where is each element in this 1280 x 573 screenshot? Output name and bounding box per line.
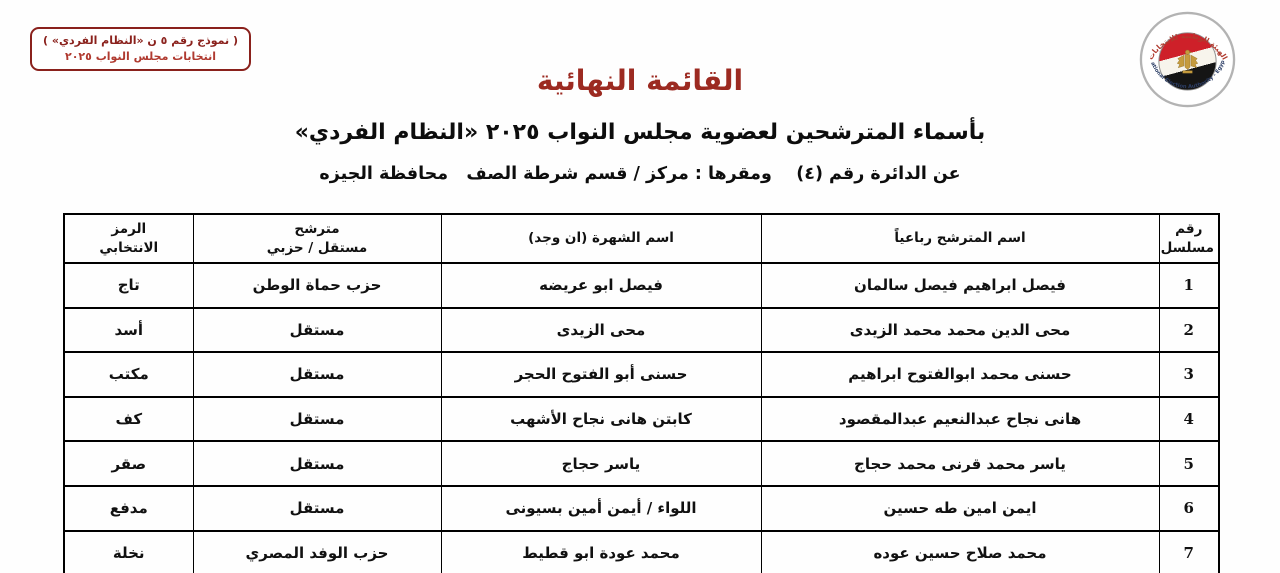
cell-serial: 6 bbox=[1159, 486, 1219, 531]
table-row: 2 محى الدين محمد محمد الزيدى محى الزيدى … bbox=[64, 308, 1219, 353]
table-row: 6 ايمن امين طه حسين اللواء / أيمن أمين ب… bbox=[64, 486, 1219, 531]
col-header-fame-name: اسم الشهرة (ان وجد) bbox=[441, 214, 761, 263]
cell-fame-name: اللواء / أيمن أمين بسيونى bbox=[441, 486, 761, 531]
cell-fame-name: محى الزيدى bbox=[441, 308, 761, 353]
cell-party: حزب حماة الوطن bbox=[193, 263, 441, 308]
cell-serial: 4 bbox=[1159, 397, 1219, 442]
final-candidate-list-document: ( نموذج رقم ٥ ن «النظام الفردي» ) انتخاب… bbox=[0, 0, 1280, 573]
table-header-row: رقم مسلسل اسم المترشح رباعياً اسم الشهرة… bbox=[64, 214, 1219, 263]
cell-symbol: تاج bbox=[64, 263, 193, 308]
cell-symbol: مدفع bbox=[64, 486, 193, 531]
cell-serial: 5 bbox=[1159, 441, 1219, 486]
col-header-party-line1: مترشح bbox=[198, 220, 437, 239]
candidates-table: رقم مسلسل اسم المترشح رباعياً اسم الشهرة… bbox=[63, 213, 1220, 573]
col-header-serial-line2: مسلسل bbox=[1164, 239, 1215, 258]
cell-party: مستقل bbox=[193, 397, 441, 442]
cell-party: مستقل bbox=[193, 308, 441, 353]
cell-full-name: محمد صلاح حسين عوده bbox=[761, 531, 1159, 573]
cell-full-name: هانى نجاح عبدالنعيم عبدالمقصود bbox=[761, 397, 1159, 442]
cell-full-name: حسنى محمد ابوالفتوح ابراهيم bbox=[761, 352, 1159, 397]
cell-serial: 7 bbox=[1159, 531, 1219, 573]
election-name-line: انتخابات مجلس النواب ٢٠٢٥ bbox=[43, 50, 238, 63]
table-row: 1 فيصل ابراهيم فيصل سالمان فيصل ابو عريض… bbox=[64, 263, 1219, 308]
col-header-full-name: اسم المترشح رباعياً bbox=[761, 214, 1159, 263]
district-line: عن الدائرة رقم (٤) ومقرها : مركز / قسم ش… bbox=[0, 164, 1280, 184]
cell-party: مستقل bbox=[193, 352, 441, 397]
table-row: 7 محمد صلاح حسين عوده محمد عودة ابو قطيط… bbox=[64, 531, 1219, 573]
cell-party: حزب الوفد المصري bbox=[193, 531, 441, 573]
table-row: 5 ياسر محمد قرنى محمد حجاج ياسر حجاج مست… bbox=[64, 441, 1219, 486]
col-header-serial: رقم مسلسل bbox=[1159, 214, 1219, 263]
cell-full-name: ايمن امين طه حسين bbox=[761, 486, 1159, 531]
cell-symbol: مكتب bbox=[64, 352, 193, 397]
cell-party: مستقل bbox=[193, 441, 441, 486]
cell-full-name: فيصل ابراهيم فيصل سالمان bbox=[761, 263, 1159, 308]
col-header-symbol-line2: الانتخابي bbox=[69, 239, 189, 258]
col-header-symbol-line1: الرمز bbox=[69, 220, 189, 239]
page-title: القائمة النهائية bbox=[0, 64, 1280, 97]
cell-fame-name: حسنى أبو الفتوح الحجر bbox=[441, 352, 761, 397]
cell-serial: 2 bbox=[1159, 308, 1219, 353]
cell-serial: 3 bbox=[1159, 352, 1219, 397]
cell-fame-name: كابتن هانى نجاح الأشهب bbox=[441, 397, 761, 442]
cell-symbol: نخلة bbox=[64, 531, 193, 573]
cell-party: مستقل bbox=[193, 486, 441, 531]
cell-serial: 1 bbox=[1159, 263, 1219, 308]
cell-symbol: أسد bbox=[64, 308, 193, 353]
table-row: 4 هانى نجاح عبدالنعيم عبدالمقصود كابتن ه… bbox=[64, 397, 1219, 442]
col-header-serial-line1: رقم bbox=[1164, 220, 1215, 239]
cell-fame-name: فيصل ابو عريضه bbox=[441, 263, 761, 308]
col-header-party-line2: مستقل / حزبي bbox=[198, 239, 437, 258]
cell-fame-name: محمد عودة ابو قطيط bbox=[441, 531, 761, 573]
col-header-party: مترشح مستقل / حزبي bbox=[193, 214, 441, 263]
cell-full-name: ياسر محمد قرنى محمد حجاج bbox=[761, 441, 1159, 486]
cell-symbol: كف bbox=[64, 397, 193, 442]
table-row: 3 حسنى محمد ابوالفتوح ابراهيم حسنى أبو ا… bbox=[64, 352, 1219, 397]
cell-symbol: صقر bbox=[64, 441, 193, 486]
cell-fame-name: ياسر حجاج bbox=[441, 441, 761, 486]
form-number-line: ( نموذج رقم ٥ ن «النظام الفردي» ) bbox=[43, 34, 238, 47]
cell-full-name: محى الدين محمد محمد الزيدى bbox=[761, 308, 1159, 353]
page-subtitle: بأسماء المترشحين لعضوية مجلس النواب ٢٠٢٥… bbox=[0, 120, 1280, 145]
col-header-symbol: الرمز الانتخابي bbox=[64, 214, 193, 263]
